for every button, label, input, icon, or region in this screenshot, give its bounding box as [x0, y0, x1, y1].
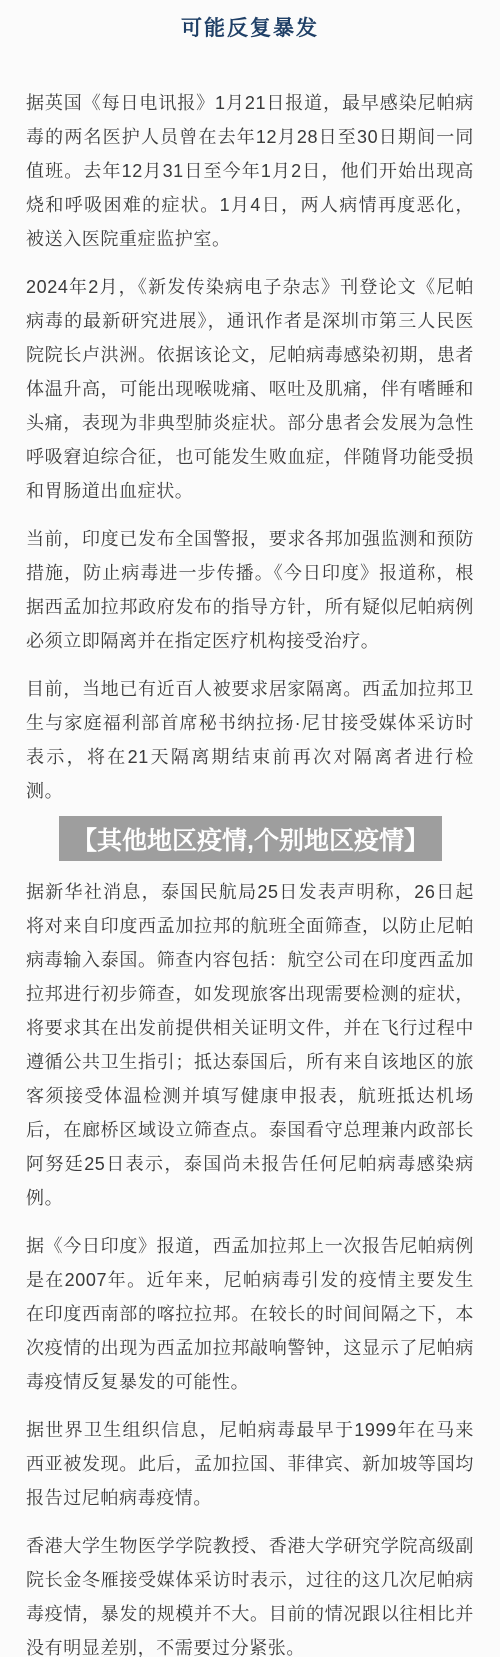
paragraph: 2024年2月，《新发传染病电子杂志》刊登论文《尼帕病毒的最新研究进展》，通讯作… — [26, 270, 474, 508]
paragraph: 目前，当地已有近百人被要求居家隔离。西孟加拉邦卫生与家庭福利部首席秘书纳拉扬·尼… — [26, 672, 474, 808]
paragraph: 据《今日印度》报道，西孟加拉邦上一次报告尼帕病例是在2007年。近年来，尼帕病毒… — [26, 1229, 474, 1399]
paragraph: 当前，印度已发布全国警报，要求各邦加强监测和预防措施，防止病毒进一步传播。《今日… — [26, 522, 474, 658]
paragraph: 据新华社消息，泰国民航局25日发表声明称，26日起将对来自印度西孟加拉邦的航班全… — [26, 875, 474, 1215]
article-page: 可能反复暴发 据英国《每日电讯报》1月21日报道，最早感染尼帕病毒的两名医护人员… — [0, 0, 500, 1657]
paragraph: 据世界卫生组织信息，尼帕病毒最早于1999年在马来西亚被发现。此后，孟加拉国、菲… — [26, 1413, 474, 1515]
section-title: 可能反复暴发 — [26, 14, 474, 44]
paragraph: 香港大学生物医学学院教授、香港大学研究学院高级副院长金冬雁接受媒体采访时表示，过… — [26, 1529, 474, 1657]
paragraph: 据英国《每日电讯报》1月21日报道，最早感染尼帕病毒的两名医护人员曾在去年12月… — [26, 86, 474, 256]
caption-overlay-banner: 【其他地区疫情,个别地区疫情】 — [59, 816, 442, 861]
